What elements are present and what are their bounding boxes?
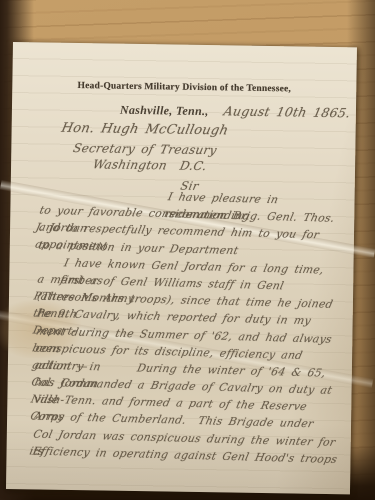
handwritten-date: August 10th 1865. xyxy=(222,103,352,120)
photograph-background: Head-Quarters Military Division of the T… xyxy=(0,0,375,500)
paper-shadow xyxy=(6,419,351,494)
letter-paper: Head-Quarters Military Division of the T… xyxy=(6,42,357,494)
dateline: Nashville, Tenn., August 10th 1865. xyxy=(120,99,351,122)
letterhead-text: Head-Quarters Military Division of the T… xyxy=(12,80,356,95)
dateline-printed-city: Nashville, Tenn., xyxy=(120,103,209,118)
addressee-name: Hon. Hugh McCullough xyxy=(60,121,230,139)
addressee-city: Washington D.C. xyxy=(92,157,208,173)
addressee-title: Secretary of Treasury xyxy=(72,141,218,157)
